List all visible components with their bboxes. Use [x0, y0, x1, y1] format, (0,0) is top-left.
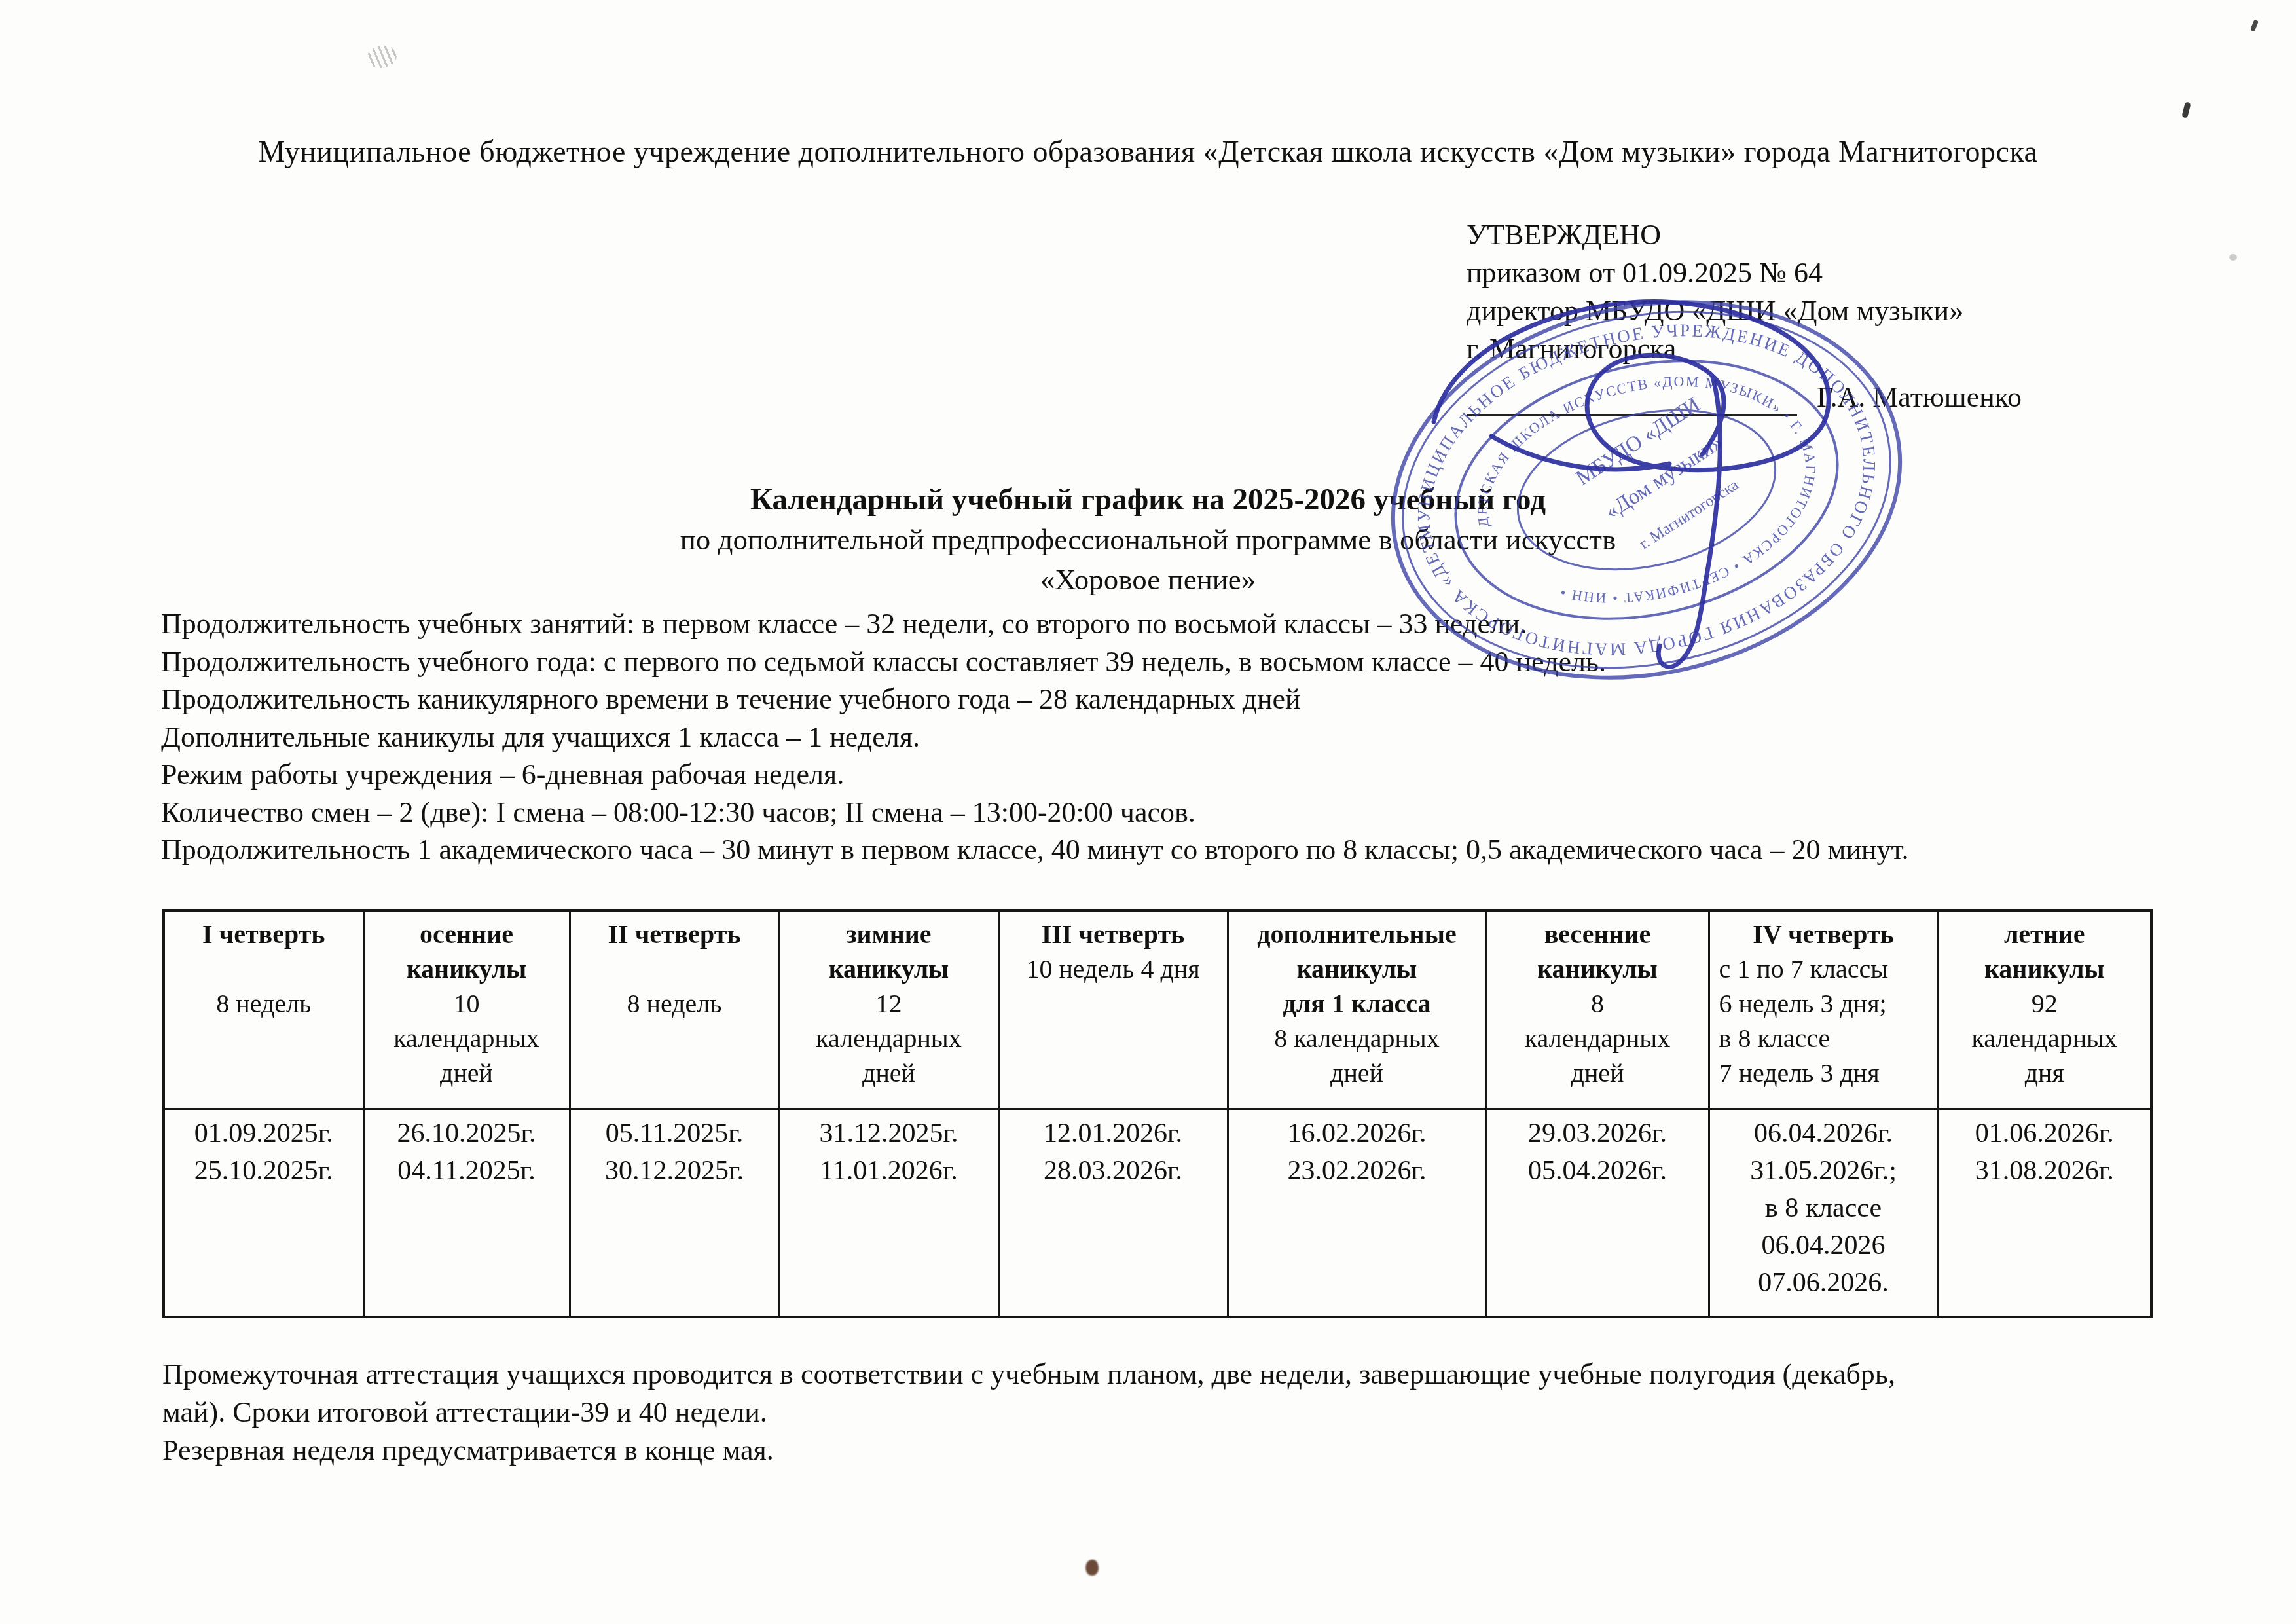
document-subtitle: по дополнительной предпрофессиональной п… [0, 520, 2296, 560]
col-title: каникулы [1231, 951, 1483, 986]
winter-holidays-dates: 31.12.2025г. 11.01.2026г. [779, 1109, 998, 1318]
footer-line: Промежуточная аттестация учащихся провод… [162, 1356, 2284, 1393]
col-quarter2-header: II четверть 8 недель [570, 910, 779, 1109]
approval-approved-label: УТВЕРЖДЕНО [1467, 216, 2022, 254]
date-value: 07.06.2026. [1713, 1264, 1935, 1302]
col-quarter3-header: III четверть 10 недель 4 дня [998, 910, 1228, 1109]
intro-line: Режим работы учреждения – 6-дневная рабо… [161, 756, 2282, 794]
col-sub: дней [1231, 1056, 1483, 1090]
date-value: 30.12.2025г. [574, 1153, 776, 1190]
intro-line: Дополнительные каникулы для учащихся 1 к… [161, 718, 2282, 756]
col-title: III четверть [1002, 917, 1224, 951]
col-title: осенние [367, 917, 566, 951]
col-sub: 10 [367, 986, 566, 1021]
date-value: 01.09.2025г. [168, 1115, 360, 1153]
quarter2-dates: 05.11.2025г. 30.12.2025г. [570, 1109, 779, 1318]
col-title: каникулы [367, 951, 566, 986]
date-value: в 8 классе [1713, 1190, 1935, 1227]
col-sub: дней [1490, 1056, 1705, 1090]
academic-calendar-table: I четверть 8 недель осенние каникулы 10 … [162, 909, 2153, 1318]
autumn-holidays-dates: 26.10.2025г. 04.11.2025г. [363, 1109, 570, 1318]
quarter1-dates: 01.09.2025г. 25.10.2025г. [164, 1109, 363, 1318]
col-autumn-holidays-header: осенние каникулы 10 календарных дней [363, 910, 570, 1109]
col-sub: календарных [1942, 1021, 2148, 1056]
intro-line: Продолжительность 1 академического часа … [161, 831, 2282, 869]
col-title: IV четверть [1713, 917, 1935, 951]
date-value: 26.10.2025г. [367, 1115, 566, 1153]
col-sub: календарных [783, 1021, 995, 1056]
col-sub: 8 недель [574, 986, 776, 1021]
date-value: 23.02.2026г. [1231, 1153, 1483, 1190]
intro-paragraphs: Продолжительность учебных занятий: в пер… [161, 605, 2282, 869]
footer-line: Резервная неделя предусматривается в кон… [162, 1431, 2284, 1469]
date-value: 01.06.2026г. [1942, 1115, 2148, 1153]
approval-order-line: приказом от 01.09.2025 № 64 [1467, 254, 2022, 292]
col-sub: дней [367, 1056, 566, 1090]
col-sub: 12 [783, 986, 995, 1021]
table-header-row: I четверть 8 недель осенние каникулы 10 … [164, 910, 2151, 1109]
col-sub: 92 [1942, 986, 2148, 1021]
date-value: 16.02.2026г. [1231, 1115, 1483, 1153]
document-title-block: Календарный учебный график на 2025-2026 … [0, 480, 2296, 600]
col-spring-holidays-header: весенние каникулы 8 календарных дней [1486, 910, 1709, 1109]
intro-line: Продолжительность учебного года: с перво… [161, 643, 2282, 681]
date-value: 11.01.2026г. [783, 1153, 995, 1190]
scan-artifact [2181, 101, 2191, 118]
col-sub: 6 недель 3 дня; [1713, 986, 1935, 1021]
col-quarter1-header: I четверть 8 недель [164, 910, 363, 1109]
intro-line: Продолжительность учебных занятий: в пер… [161, 605, 2282, 643]
col-title: весенние [1490, 917, 1705, 951]
summer-holidays-dates: 01.06.2026г. 31.08.2026г. [1938, 1109, 2151, 1318]
date-value: 29.03.2026г. [1490, 1115, 1705, 1153]
date-value: 06.04.2026 [1713, 1227, 1935, 1264]
date-value: 04.11.2025г. [367, 1153, 566, 1190]
document-page: Муниципальное бюджетное учреждение допол… [0, 0, 2296, 1624]
spring-holidays-dates: 29.03.2026г. 05.04.2026г. [1486, 1109, 1709, 1318]
date-value: 31.08.2026г. [1942, 1153, 2148, 1190]
col-winter-holidays-header: зимние каникулы 12 календарных дней [779, 910, 998, 1109]
footer-line: май). Сроки итоговой аттестации-39 и 40 … [162, 1393, 2284, 1431]
col-title: для 1 класса [1231, 986, 1483, 1021]
date-value: 05.04.2026г. [1490, 1153, 1705, 1190]
date-value: 31.12.2025г. [783, 1115, 995, 1153]
col-sub: 8 календарных [1231, 1021, 1483, 1056]
quarter3-dates: 12.01.2026г. 28.03.2026г. [998, 1109, 1228, 1318]
footer-paragraphs: Промежуточная аттестация учащихся провод… [162, 1356, 2284, 1469]
date-value: 25.10.2025г. [168, 1153, 360, 1190]
extra-holidays-dates: 16.02.2026г. 23.02.2026г. [1228, 1109, 1486, 1318]
col-title: I четверть [168, 917, 360, 951]
date-value: 28.03.2026г. [1002, 1153, 1224, 1190]
col-sub: дня [1942, 1056, 2148, 1090]
scan-artifact [2250, 19, 2259, 31]
col-title: каникулы [1942, 951, 2148, 986]
organization-name: Муниципальное бюджетное учреждение допол… [0, 134, 2296, 169]
col-sub: 10 недель 4 дня [1002, 951, 1224, 986]
col-sub: 8 недель [168, 986, 360, 1021]
col-sub: в 8 классе [1713, 1021, 1935, 1056]
col-extra-holidays-header: дополнительные каникулы для 1 класса 8 к… [1228, 910, 1486, 1109]
col-sub: календарных [367, 1021, 566, 1056]
scan-artifact [365, 44, 398, 70]
date-value: 06.04.2026г. [1713, 1115, 1935, 1153]
quarter4-dates: 06.04.2026г. 31.05.2026г.; в 8 классе 06… [1709, 1109, 1938, 1318]
col-title: II четверть [574, 917, 776, 951]
scan-artifact [2229, 254, 2237, 261]
col-title: зимние [783, 917, 995, 951]
col-summer-holidays-header: летние каникулы 92 календарных дня [1938, 910, 2151, 1109]
col-title: летние [1942, 917, 2148, 951]
col-quarter4-header: IV четверть с 1 по 7 классы 6 недель 3 д… [1709, 910, 1938, 1109]
col-sub: дней [783, 1056, 995, 1090]
date-value: 12.01.2026г. [1002, 1115, 1224, 1153]
intro-line: Продолжительность каникулярного времени … [161, 680, 2282, 718]
col-title: дополнительные [1231, 917, 1483, 951]
date-value: 05.11.2025г. [574, 1115, 776, 1153]
date-value: 31.05.2026г.; [1713, 1153, 1935, 1190]
table-dates-row: 01.09.2025г. 25.10.2025г. 26.10.2025г. 0… [164, 1109, 2151, 1318]
director-signature [1393, 296, 1891, 715]
document-title: Календарный учебный график на 2025-2026 … [0, 480, 2296, 520]
col-sub: с 1 по 7 классы [1713, 951, 1935, 986]
scan-artifact [1084, 1559, 1101, 1577]
col-sub: 8 [1490, 986, 1705, 1021]
col-title: каникулы [783, 951, 995, 986]
document-program-name: «Хоровое пение» [0, 560, 2296, 600]
col-sub: 7 недель 3 дня [1713, 1056, 1935, 1090]
col-title: каникулы [1490, 951, 1705, 986]
col-sub: календарных [1490, 1021, 1705, 1056]
intro-line: Количество смен – 2 (две): I смена – 08:… [161, 794, 2282, 832]
